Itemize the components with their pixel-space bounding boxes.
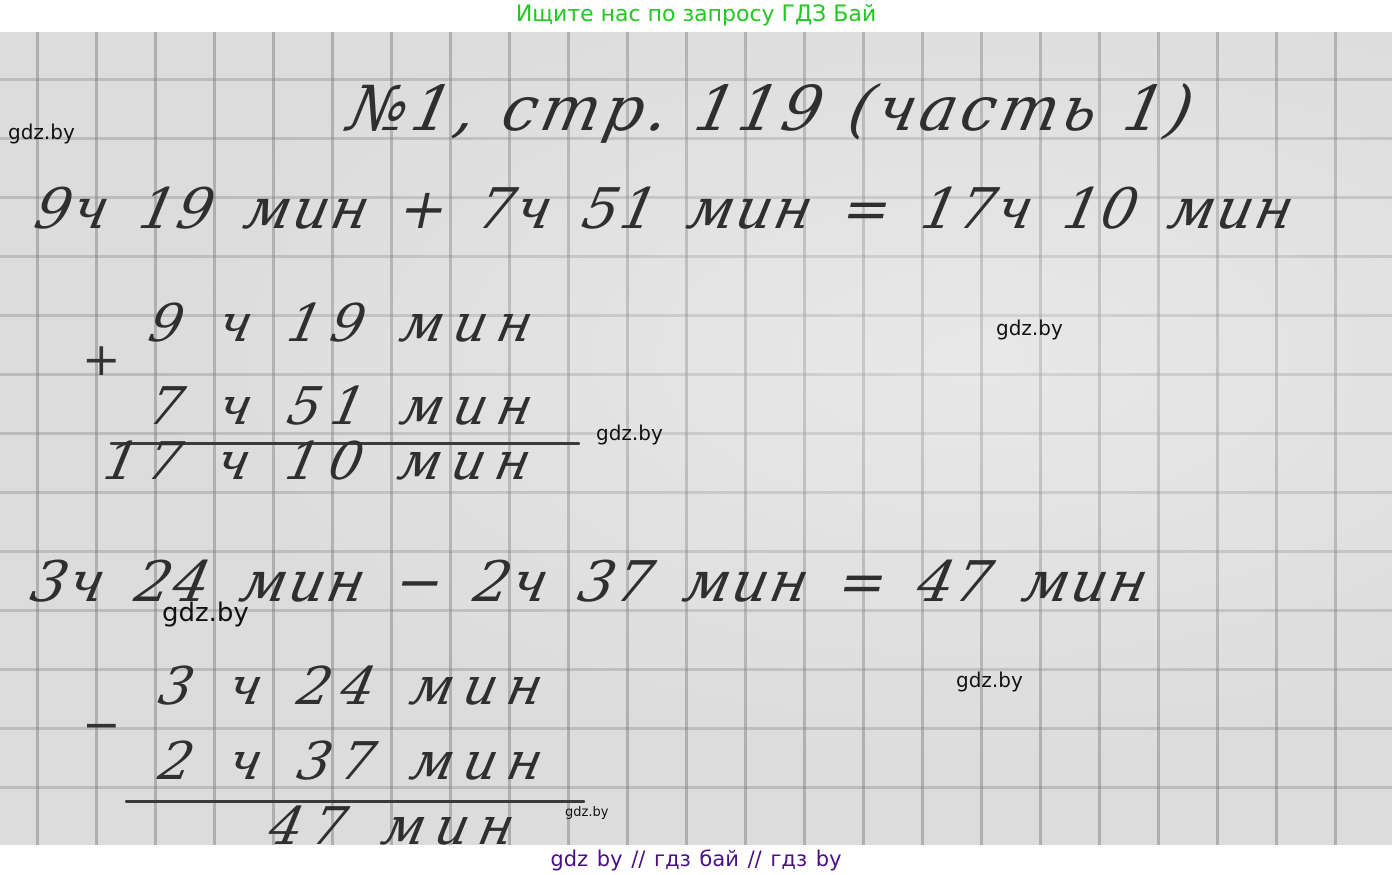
subtraction-result: 47 мин <box>264 797 530 845</box>
addition-row-1: 9 ч 19 мин <box>144 294 549 354</box>
subtraction-row-2: 2 ч 37 мин <box>154 732 559 792</box>
homework-title: №1, стр. 119 (часть 1) <box>342 72 1204 145</box>
top-banner: Ищите нас по запросу ГДЗ Бай <box>0 0 1392 32</box>
addition-result: 17 ч 10 мин <box>99 432 547 492</box>
subtraction-row-1: 3 ч 24 мин <box>154 657 559 717</box>
notebook-page: №1, стр. 119 (часть 1) 9ч 19 мин + 7ч 51… <box>0 32 1392 845</box>
watermark: gdz.by <box>162 598 249 628</box>
watermark: gdz.by <box>8 120 75 144</box>
watermark: gdz.by <box>996 316 1063 340</box>
plus-sign: + <box>82 332 121 386</box>
bottom-banner: gdz by // гдз бай // гдз by <box>0 845 1392 875</box>
watermark: gdz.by <box>565 805 608 820</box>
watermark: gdz.by <box>596 421 663 445</box>
watermark: gdz.by <box>956 668 1023 692</box>
addition-row-2: 7 ч 51 мин <box>144 377 549 437</box>
minus-sign: − <box>82 697 121 751</box>
equation-addition: 9ч 19 мин + 7ч 51 мин = 17ч 10 мин <box>29 177 1302 242</box>
